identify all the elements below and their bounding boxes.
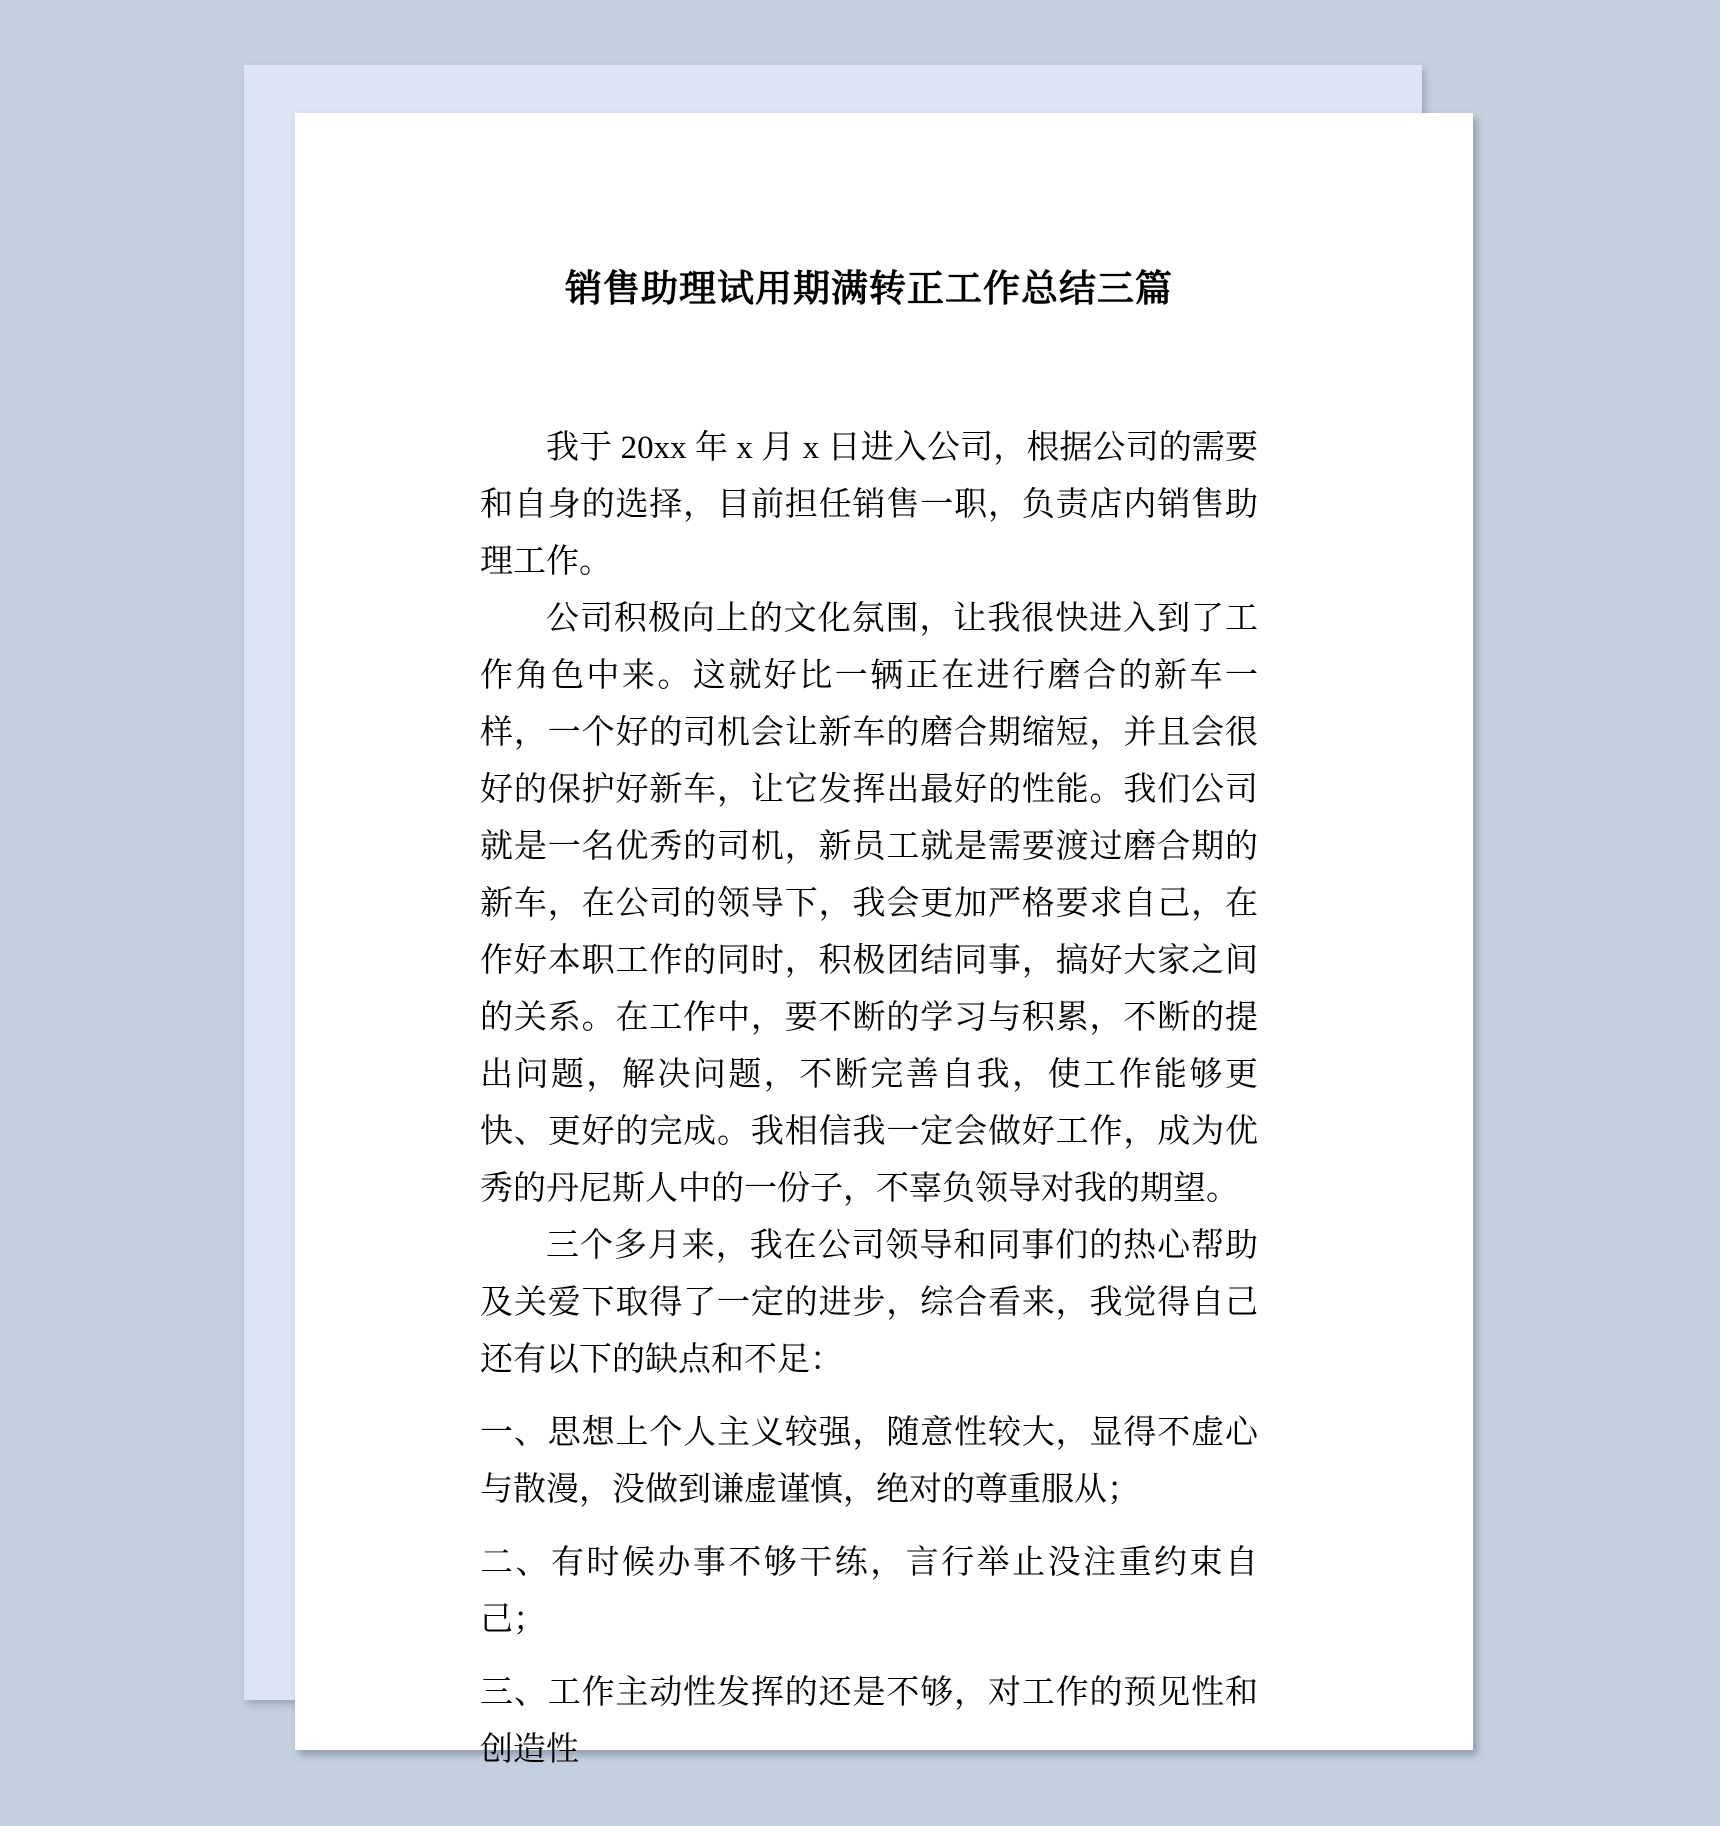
paragraph: 三个多月来，我在公司领导和同事们的热心帮助及关爱下取得了一定的进步，综合看来，我…: [480, 1218, 1258, 1389]
document-body: 我于 20xx 年 x 月 x 日进入公司，根据公司的需要和自身的选择，目前担任…: [480, 420, 1258, 1779]
paragraph: 公司积极向上的文化氛围，让我很快进入到了工作角色中来。这就好比一辆正在进行磨合的…: [480, 591, 1258, 1218]
list-item: 一、思想上个人主义较强，随意性较大，显得不虚心与散漫，没做到谦虚谨慎，绝对的尊重…: [480, 1405, 1258, 1519]
list-item: 三、工作主动性发挥的还是不够，对工作的预见性和创造性: [480, 1665, 1258, 1779]
paragraph: 我于 20xx 年 x 月 x 日进入公司，根据公司的需要和自身的选择，目前担任…: [480, 420, 1258, 591]
list-item: 二、有时候办事不够干练，言行举止没注重约束自己；: [480, 1535, 1258, 1649]
document-title: 销售助理试用期满转正工作总结三篇: [480, 263, 1258, 315]
desktop-background: 销售助理试用期满转正工作总结三篇 我于 20xx 年 x 月 x 日进入公司，根…: [0, 0, 1720, 1826]
document-page: 销售助理试用期满转正工作总结三篇 我于 20xx 年 x 月 x 日进入公司，根…: [295, 113, 1473, 1750]
